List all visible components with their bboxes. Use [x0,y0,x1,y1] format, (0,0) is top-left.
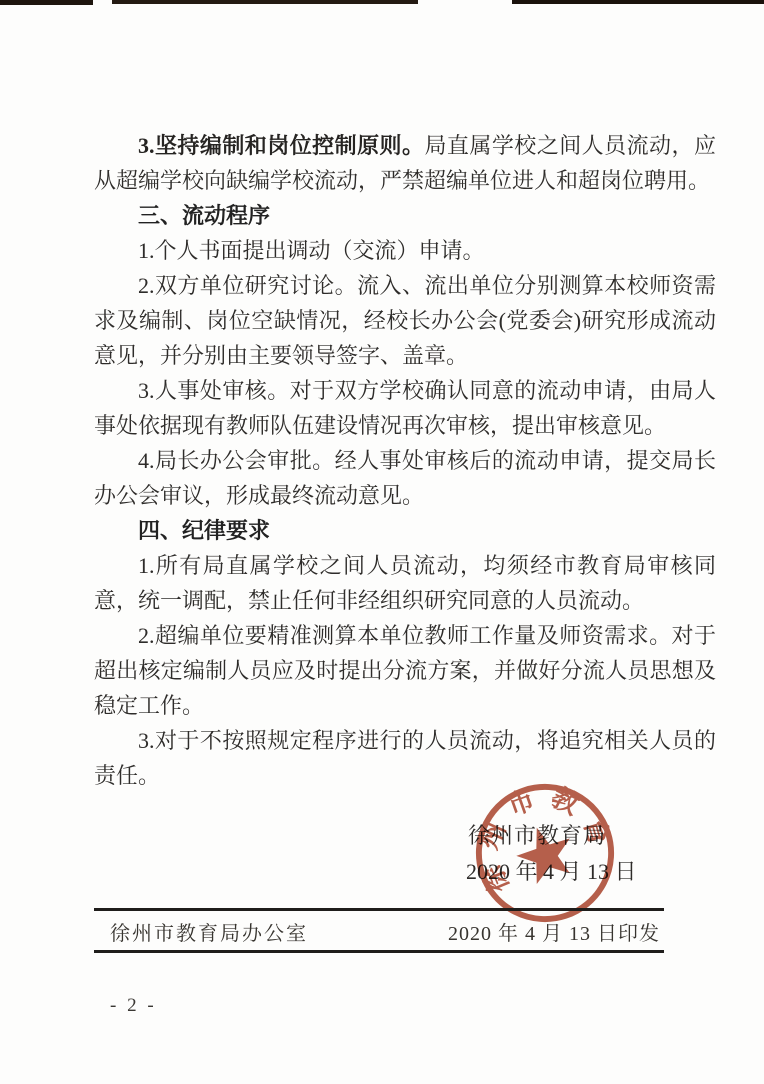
page-number: - 2 - [110,995,157,1017]
body-paragraph: 2.超编单位要精准测算本单位教师工作量及师资需求。对于超出核定编制人员应及时提出… [94,618,716,723]
colophon-row: 徐州市教育局办公室 2020 年 4 月 13 日印发 [94,914,664,948]
scan-edge-artifact [0,0,93,5]
body-paragraph: 3.人事处审核。对于双方学校确认同意的流动申请，由局人事处依据现有教师队伍建设情… [94,373,716,443]
body-paragraph: 1.所有局直属学校之间人员流动，均须经市教育局审核同意，统一调配，禁止任何非经组… [94,548,716,618]
body-content: 3.坚持编制和岗位控制原则。局直属学校之间人员流动，应从超编学校向缺编学校流动，… [94,128,716,793]
body-paragraph: 3.坚持编制和岗位控制原则。局直属学校之间人员流动，应从超编学校向缺编学校流动，… [94,128,716,198]
body-paragraph: 4.局长办公会审批。经人事处审核后的流动申请，提交局长办公会审议，形成最终流动意… [94,443,716,513]
scanned-official-document-page: { "page": { "number_label": "- 2 -" }, "… [0,0,764,1084]
body-paragraph: 1.个人书面提出调动（交流）申请。 [94,233,716,268]
signature-block: 徐州市教育局 2020 年 4 月 13 日 [466,818,706,890]
signature-org: 徐州市教育局 [468,818,706,854]
paragraph-lead: 3.坚持编制和岗位控制原则。 [138,133,424,158]
section-heading: 三、流动程序 [94,198,716,233]
colophon-rule-top [94,908,664,911]
signature-date: 2020 年 4 月 13 日 [466,854,706,890]
scan-edge-artifact [512,0,764,4]
colophon-office: 徐州市教育局办公室 [110,917,308,946]
body-paragraph: 2.双方单位研究讨论。流入、流出单位分别测算本校师资需求及编制、岗位空缺情况，经… [94,268,716,373]
scan-edge-artifact [112,0,418,4]
body-paragraph: 3.对于不按照规定程序进行的人员流动，将追究相关人员的责任。 [94,723,716,793]
colophon-print-date: 2020 年 4 月 13 日印发 [448,917,660,946]
colophon-rule-bottom [94,950,664,953]
section-heading: 四、纪律要求 [94,513,716,548]
